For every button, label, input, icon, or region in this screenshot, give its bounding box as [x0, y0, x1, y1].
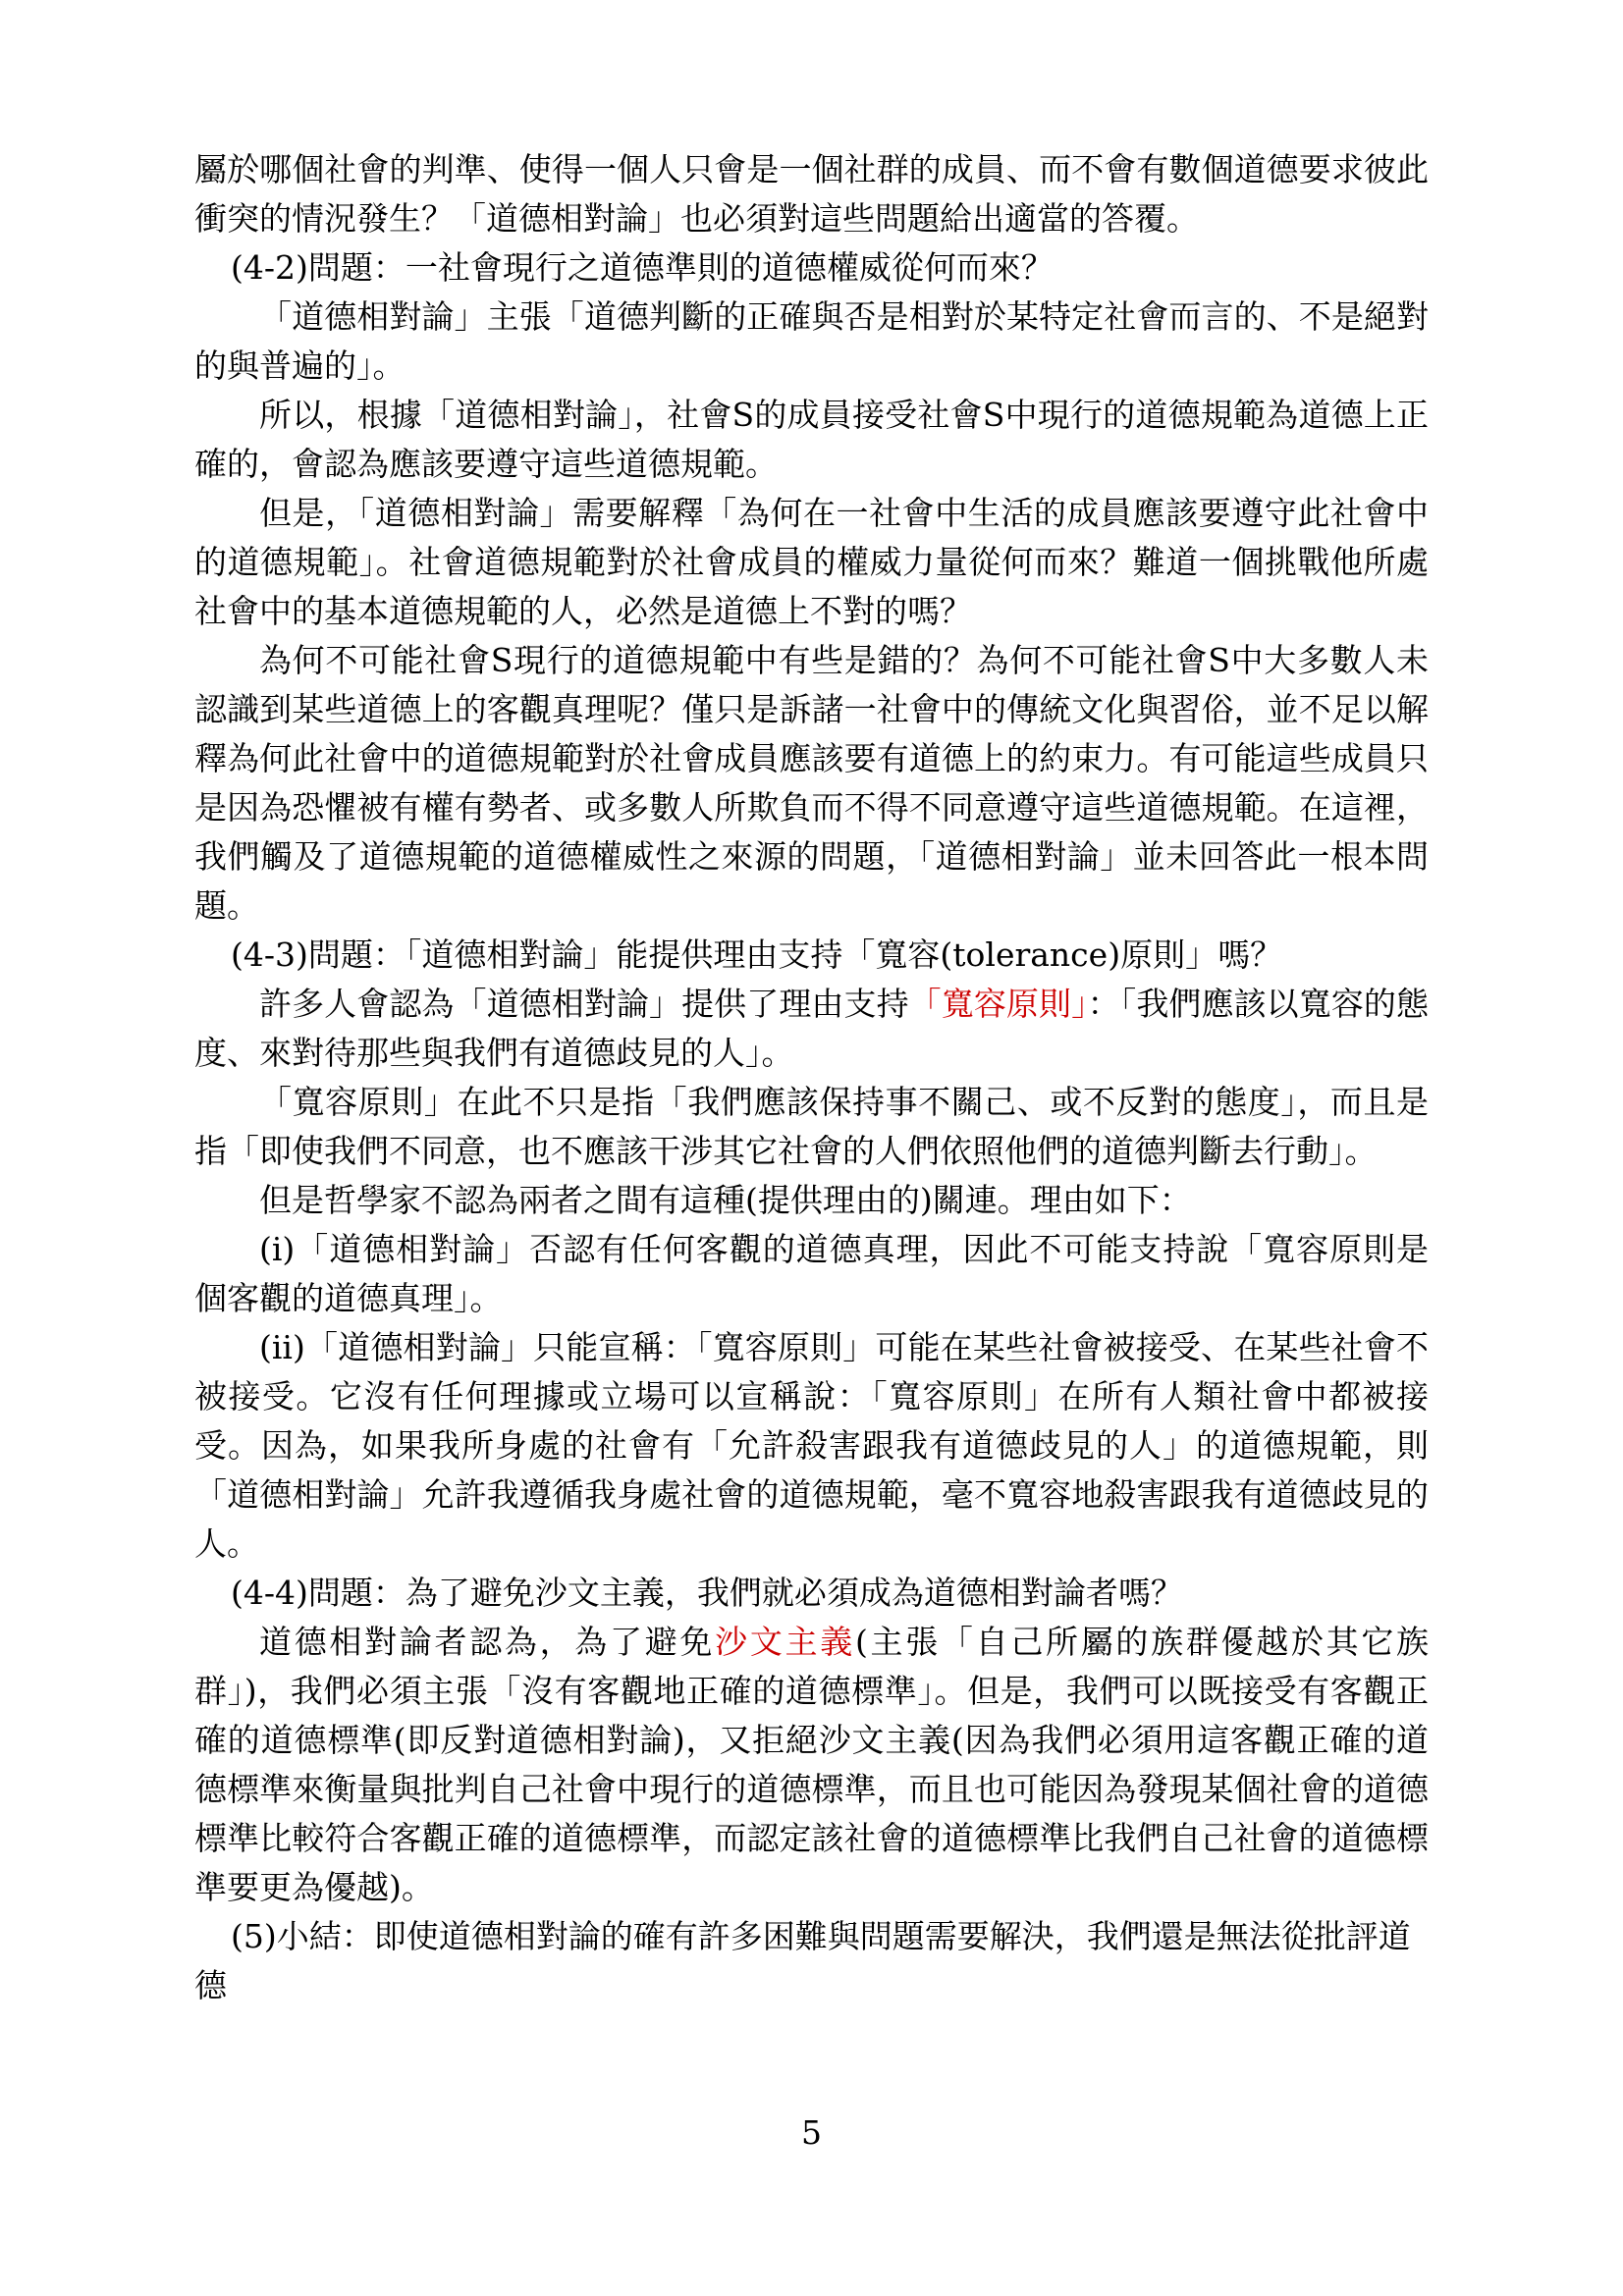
paragraph: 道德相對論者認為，為了避免沙文主義(主張「自己所屬的族群優越於其它族群」)，我們… [194, 1618, 1429, 1912]
section-heading-4-3: (4-3)問題：「道德相對論」能提供理由支持「寬容(tolerance)原則」嗎… [194, 931, 1429, 980]
paragraph-text: 「道德相對論」主張「道德判斷的正確與否是相對於某特定社會而言的、不是絕對的與普遍… [194, 297, 1429, 385]
list-item-ii: (ii)「道德相對論」只能宣稱：「寬容原則」可能在某些社會被接受、在某些社會不被… [194, 1323, 1429, 1569]
paragraph-text: 屬於哪個社會的判準、使得一個人只會是一個社群的成員、而不會有數個道德要求彼此衝突… [194, 150, 1429, 238]
document-body: 屬於哪個社會的判準、使得一個人只會是一個社群的成員、而不會有數個道德要求彼此衝突… [194, 145, 1429, 2010]
highlight-chauvinism: 沙文主義 [715, 1623, 855, 1661]
paragraph: 為何不可能社會S現行的道德規範中有些是錯的？為何不可能社會S中大多數人未認識到某… [194, 636, 1429, 931]
section-heading-5: (5)小結：即使道德相對論的確有許多困難與問題需要解決，我們還是無法從批評道德 [194, 1912, 1429, 2010]
paragraph-text: 許多人會認為「道德相對論」提供了理由支持 [259, 985, 909, 1023]
list-item-i: (i)「道德相對論」否認有任何客觀的道德真理，因此不可能支持說「寬容原則是個客觀… [194, 1225, 1429, 1323]
list-item-text: (i)「道德相對論」否認有任何客觀的道德真理，因此不可能支持說「寬容原則是個客觀… [194, 1230, 1429, 1317]
paragraph-text: 但是，「道德相對論」需要解釋「為何在一社會中生活的成員應該要遵守此社會中的道德規… [194, 494, 1429, 630]
section-heading-4-4: (4-4)問題：為了避免沙文主義，我們就必須成為道德相對論者嗎？ [194, 1569, 1429, 1618]
heading-text: (4-2)問題：一社會現行之道德準則的道德權威從何而來？ [231, 248, 1054, 287]
document-page: 屬於哪個社會的判準、使得一個人只會是一個社群的成員、而不會有數個道德要求彼此衝突… [0, 0, 1623, 2296]
paragraph-text: 但是哲學家不認為兩者之間有這種(提供理由的)關連。理由如下： [259, 1181, 1192, 1219]
paragraph: 屬於哪個社會的判準、使得一個人只會是一個社群的成員、而不會有數個道德要求彼此衝突… [194, 145, 1429, 243]
paragraph-text: 道德相對論者認為，為了避免 [259, 1623, 715, 1661]
paragraph: 「道德相對論」主張「道德判斷的正確與否是相對於某特定社會而言的、不是絕對的與普遍… [194, 293, 1429, 391]
section-heading-4-2: (4-2)問題：一社會現行之道德準則的道德權威從何而來？ [194, 243, 1429, 293]
list-item-text: (ii)「道德相對論」只能宣稱：「寬容原則」可能在某些社會被接受、在某些社會不被… [194, 1328, 1429, 1563]
paragraph-text: (主張「自己所屬的族群優越於其它族群」)，我們必須主張「沒有客觀地正確的道德標準… [194, 1623, 1429, 1906]
heading-text: (5)小結：即使道德相對論的確有許多困難與問題需要解決，我們還是無法從批評道德 [194, 1917, 1411, 2004]
paragraph-text: 「寬容原則」在此不只是指「我們應該保持事不關己、或不反對的態度」，而且是指「即使… [194, 1083, 1429, 1170]
paragraph: 「寬容原則」在此不只是指「我們應該保持事不關己、或不反對的態度」，而且是指「即使… [194, 1078, 1429, 1176]
heading-text: (4-3)問題：「道德相對論」能提供理由支持「寬容(tolerance)原則」嗎… [231, 935, 1282, 974]
paragraph: 許多人會認為「道德相對論」提供了理由支持「寬容原則」：「我們應該以寬容的態度、來… [194, 980, 1429, 1078]
highlight-tolerance-principle: 「寬容原則」 [909, 985, 1088, 1023]
paragraph-text: 所以，根據「道德相對論」，社會S的成員接受社會S中現行的道德規範為道德上正確的，… [194, 396, 1429, 483]
paragraph: 但是，「道德相對論」需要解釋「為何在一社會中生活的成員應該要遵守此社會中的道德規… [194, 489, 1429, 636]
paragraph-text: 為何不可能社會S現行的道德規範中有些是錯的？為何不可能社會S中大多數人未認識到某… [194, 641, 1429, 925]
heading-text: (4-4)問題：為了避免沙文主義，我們就必須成為道德相對論者嗎？ [231, 1574, 1183, 1612]
paragraph: 所以，根據「道德相對論」，社會S的成員接受社會S中現行的道德規範為道德上正確的，… [194, 391, 1429, 489]
paragraph: 但是哲學家不認為兩者之間有這種(提供理由的)關連。理由如下： [194, 1176, 1429, 1225]
page-number: 5 [0, 2110, 1623, 2156]
